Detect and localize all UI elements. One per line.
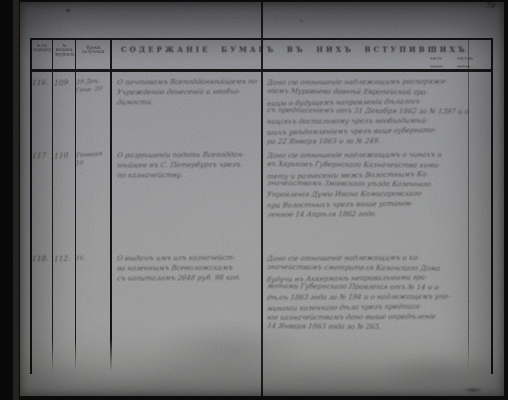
header-title: СОДЕРЖАНІЕ БУМАГЪ ВЪ НИХЪ ВСТУПИВШИХЪ И … (121, 45, 471, 54)
handwritten-line: ва казеннымъ Всеволожскимъ (116, 263, 260, 274)
entry-date: Генваря 10 (75, 150, 108, 168)
handwritten-line: по казначейству. (116, 170, 260, 181)
header-doc-number-label: № входящ. журнала (55, 44, 74, 57)
entry-date-line: Генв. 20 (75, 85, 102, 94)
handwritten-line: ра 22 Января 1863 и за № 249. (266, 136, 492, 147)
header-order-number-label: № по порядку (33, 44, 51, 52)
table-header-band (30, 38, 493, 72)
scanned-register-page: 79 № по порядку № входящ. журнала Время … (0, 0, 508, 400)
handwritten-line: ленное 14 Апрѣля 1862 года. (266, 209, 492, 220)
entry-doc-number: 112. (54, 253, 75, 263)
entry-date-line: 16. (76, 254, 86, 262)
entry-doc-number: 110 (54, 150, 75, 160)
entry-order-number: 117 (32, 151, 53, 161)
entry-doc-number: 109 (54, 77, 75, 87)
ink-speck (66, 9, 70, 12)
entry-description: О выдачѣ имъ изъ казначейст- ва казенным… (117, 254, 260, 283)
entry-resolution: Дано сіе отношеніе надлежащимъ и ка- зна… (267, 254, 492, 332)
handwritten-line: димости. (116, 97, 260, 108)
header-subcol-rule (430, 66, 443, 67)
entry-date-line: 10 (75, 160, 83, 168)
entry-description: О почтовомъ Всеподданнѣйшемъ по Учрежден… (117, 78, 260, 107)
entry-order-number: 118. (32, 254, 53, 264)
column-divider (110, 40, 112, 372)
handwritten-line: 14 Января 1863 года за № 265. (266, 322, 492, 334)
entry-resolution: Дано сіе отношеніе надлежащимъ распоряже… (267, 78, 492, 147)
page-number: 79 (485, 1, 495, 10)
corner-smudge (462, 387, 484, 393)
header-subcol-rule (457, 66, 470, 67)
entry-date-line: Генваря (76, 150, 103, 159)
header-subcol-1-label: число (430, 56, 442, 60)
entry-resolution: Дано сіе отношеніе надлежащимъ о чинахъ … (267, 151, 492, 220)
ink-speck (300, 20, 303, 22)
entry-date: 29 Дек. Генв. 20 (75, 77, 108, 95)
column-divider (52, 40, 53, 372)
entry-order-number: 116. (32, 78, 53, 88)
entry-description: О разрѣшеніи подать Всеподдан- нѣйшее въ… (117, 151, 260, 180)
handwritten-line: нѣйшее въ С. Петербургъ чрезъ (116, 160, 260, 171)
handwritten-line: съ капиталомъ 2648 руб. 98 коп. (116, 273, 260, 284)
header-date-label: Время полученія (79, 46, 108, 54)
header-subcol-2-label: листовъ (457, 56, 473, 60)
handwritten-line: Учрежденію донесеній и необхо- (116, 87, 260, 98)
